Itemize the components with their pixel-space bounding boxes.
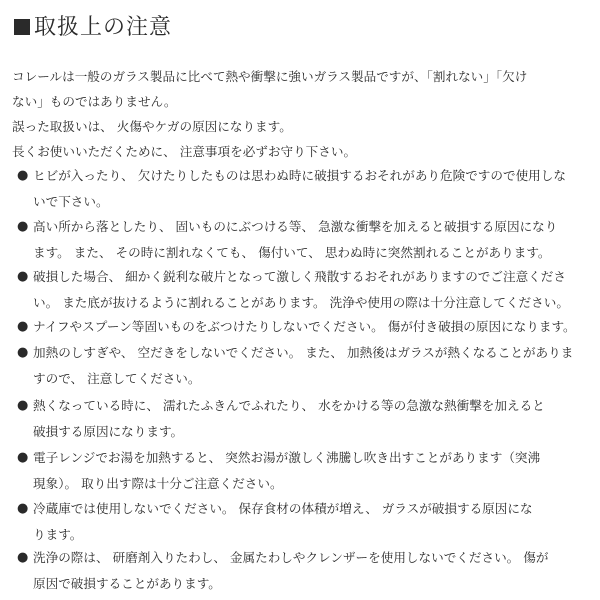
bullet-icon: ● <box>17 496 28 522</box>
bullet-icon: ● <box>17 393 28 419</box>
section-title: 取扱上の注意 <box>14 10 172 41</box>
intro-line: 誤った取扱いは、 火傷やケガの原因になります。 <box>12 114 597 139</box>
caution-item: ●高い所から落としたり、 固いものにぶつける等、 急激な衝撃を加えると破損する原… <box>17 214 597 265</box>
caution-item: ●ナイフやスプーン等固いものをぶつけたりしないでください。 傷が付き破損の原因に… <box>17 314 597 340</box>
intro-line: 長くお使いいただくために、 注意事項を必ずお守り下さい。 <box>12 139 597 164</box>
caution-item: ●洗浄の際は、 研磨剤入りたわし、 金属たわしやクレンザーを使用しないでください… <box>17 545 597 596</box>
caution-text: ナイフやスプーン等固いものをぶつけたりしないでください。 傷が付き破損の原因にな… <box>17 314 597 340</box>
intro-line: コレールは一般のガラス製品に比べて熱や衝撃に強いガラス製品ですが、「割れない」「… <box>12 64 597 89</box>
caution-item: ●加熱のしすぎや、 空だきをしないでください。 また、 加熱後はガラスが熱くなる… <box>17 340 597 391</box>
caution-text: ヒビが入ったり、 欠けたりしたものは思わぬ時に破損するおそれがあり危険ですので使… <box>17 163 597 214</box>
caution-item: ●ヒビが入ったり、 欠けたりしたものは思わぬ時に破損するおそれがあり危険ですので… <box>17 163 597 214</box>
bullet-icon: ● <box>17 264 28 290</box>
intro-paragraph: コレールは一般のガラス製品に比べて熱や衝撃に強いガラス製品ですが、「割れない」「… <box>12 64 597 164</box>
bullet-icon: ● <box>17 545 28 571</box>
square-bullet-icon <box>14 19 30 35</box>
caution-text: 電子レンジでお湯を加熱すると、 突然お湯が激しく沸騰し吹き出すことがあります（突… <box>17 445 597 496</box>
caution-item: ●電子レンジでお湯を加熱すると、 突然お湯が激しく沸騰し吹き出すことがあります（… <box>17 445 597 496</box>
section-title-text: 取扱上の注意 <box>34 15 172 40</box>
caution-text: 加熱のしすぎや、 空だきをしないでください。 また、 加熱後はガラスが熱くなるこ… <box>17 340 597 391</box>
caution-item: ●熱くなっている時に、 濡れたふきんでふれたり、 水をかける等の急激な熱衝撃を加… <box>17 393 597 444</box>
caution-item: ●冷蔵庫では使用しないでください。 保存食材の体積が増え、 ガラスが破損する原因… <box>17 496 597 547</box>
bullet-icon: ● <box>17 445 28 471</box>
bullet-icon: ● <box>17 214 28 240</box>
bullet-icon: ● <box>17 163 28 189</box>
caution-text: 洗浄の際は、 研磨剤入りたわし、 金属たわしやクレンザーを使用しないでください。… <box>17 545 597 596</box>
caution-text: 破損した場合、 細かく鋭利な破片となって激しく飛散するおそれがありますのでご注意… <box>17 264 597 315</box>
caution-text: 高い所から落としたり、 固いものにぶつける等、 急激な衝撃を加えると破損する原因… <box>17 214 597 265</box>
caution-item: ●破損した場合、 細かく鋭利な破片となって激しく飛散するおそれがありますのでご注… <box>17 264 597 315</box>
caution-text: 熱くなっている時に、 濡れたふきんでふれたり、 水をかける等の急激な熱衝撃を加え… <box>17 393 597 444</box>
intro-line: ない」ものではありません。 <box>12 89 597 114</box>
bullet-icon: ● <box>17 314 28 340</box>
caution-text: 冷蔵庫では使用しないでください。 保存食材の体積が増え、 ガラスが破損する原因に… <box>17 496 597 547</box>
bullet-icon: ● <box>17 340 28 366</box>
